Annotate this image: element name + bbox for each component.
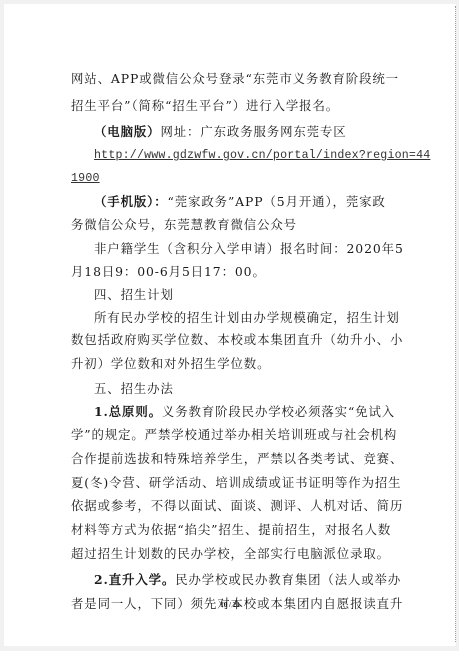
section-heading-enrollment-methods: 五、招生办法 xyxy=(94,381,397,397)
principle-line: 1.总原则。义务教育阶段民办学校必须落实“免试入 xyxy=(94,404,397,420)
paragraph-line: 月18日9：00-6月5日17：00。 xyxy=(71,264,397,280)
paragraph-line: 升初）学位数和对外招生学位数。 xyxy=(71,356,397,372)
pc-version-text: 网址：广东政务服务网东莞专区 xyxy=(160,124,346,139)
principle-text: 义务教育阶段民办学校必须落实“免试入 xyxy=(162,404,395,419)
direct-admission-line: 2.直升入学。民办学校或民办教育集团（法人或举办 xyxy=(94,572,397,588)
paragraph-line: 数包括政府购买学位数、本校或本集团直升（幼升小、小 xyxy=(71,332,397,348)
document-page: 网站、APP或微信公众号登录“东莞市义务教育阶段统一 招生平台”（简称“招生平台… xyxy=(4,4,456,646)
paragraph-line: 超过招生计划数的民办学校，全部实行电脑派位录取。 xyxy=(71,546,397,562)
portal-url-link-continued[interactable]: 1900 xyxy=(71,171,397,187)
direct-admission-text: 民办学校或民办教育集团（法人或举办 xyxy=(175,572,401,587)
section-heading-enrollment-plan: 四、招生计划 xyxy=(94,287,397,303)
paragraph-line: 夏(冬)令营、研学活动、培训成绩或证书证明等作为招生 xyxy=(71,475,397,491)
paragraph-line: 务微信公众号，东莞慧教育微信公众号 xyxy=(71,217,397,233)
pc-version-label: （电脑版） xyxy=(94,124,160,139)
principle-label: 1.总原则。 xyxy=(94,404,162,419)
mobile-version-text: “莞家政务”APP（5月开通），莞家政 xyxy=(168,194,386,209)
paragraph-line: 依据或参考，不得以面试、面谈、测评、人机对话、简历 xyxy=(71,498,397,514)
paragraph-line: 网站、APP或微信公众号登录“东莞市义务教育阶段统一 xyxy=(71,71,397,87)
page-number: 10 / 21 xyxy=(4,601,456,609)
mobile-version-label: （手机版）： xyxy=(94,194,168,209)
paragraph-line: 招生平台”（简称“招生平台”）进行入学报名。 xyxy=(71,98,397,114)
paragraph-line: 合作提前选拔和特殊培养学生，严禁以各类考试、竞赛、 xyxy=(71,451,397,467)
paragraph-line: 非户籍学生（含积分入学申请）报名时间：2020年5 xyxy=(94,241,397,257)
pc-version-line: （电脑版）网址：广东政务服务网东莞专区 xyxy=(94,124,397,140)
paragraph-line: 材料等方式为依据“掐尖”招生、提前招生，对报名人数 xyxy=(71,522,397,538)
paragraph-line: 学”的规定。严禁学校通过举办相关培训班或与社会机构 xyxy=(71,427,397,443)
portal-url-link[interactable]: http://www.gdzwfw.gov.cn/portal/index?re… xyxy=(94,148,397,164)
direct-admission-label: 2.直升入学。 xyxy=(94,572,175,587)
mobile-version-line: （手机版）：“莞家政务”APP（5月开通），莞家政 xyxy=(94,194,397,210)
paragraph-line: 所有民办学校的招生计划由办学规模确定，招生计划 xyxy=(94,310,397,326)
page-edge-divider xyxy=(455,6,457,642)
